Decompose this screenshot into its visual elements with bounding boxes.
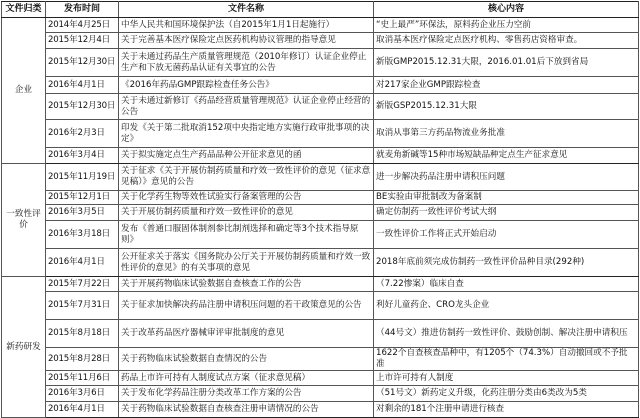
core-content-cell: 确定仿制药一致性评价考试大纲 xyxy=(374,205,639,221)
core-content-cell: 利好儿童药企、CRO龙头企业 xyxy=(374,292,639,320)
table-row: 2016年4月1日关于药物临床试验数据自查核查注册申请情况的公告对剩余的181个… xyxy=(2,402,639,413)
document-name-cell: 发布《普通口服固体制剂参比制剂选择和确定等3个技术指导原则》 xyxy=(119,221,374,249)
table-row: 新药研发2015年7月22日关于开展药物临床试验数据自查核查工作的公告（7.22… xyxy=(2,277,639,292)
header-core-content: 核心内容 xyxy=(374,2,639,18)
date-cell: 2015年8月28日 xyxy=(46,348,119,371)
policy-table: 文件归类 发布时间 文件名称 核心内容 企业2014年4月25日中华人民共和国环… xyxy=(1,1,639,412)
header-category: 文件归类 xyxy=(2,2,46,18)
table-row: 2015年12月1日关于化学药生物等效性试验实行备案管理的公告BE实验由审批制改… xyxy=(2,191,639,205)
core-content-cell: （44号文）推进仿制药一致性评价、鼓励创制、解决注册申请积压 xyxy=(374,320,639,348)
date-cell: 2016年3月18日 xyxy=(46,221,119,249)
table-row: 2016年2月3日印发《关于第二批取消152项中央指定地方实施行政审批事项的决定… xyxy=(2,120,639,148)
category-cell: 企业 xyxy=(2,18,46,164)
document-name-cell: 关于拟实施定点生产药品品种公开征求意见的函 xyxy=(119,148,374,164)
document-name-cell: 关于改革药品医疗器械审评审批制度的意见 xyxy=(119,320,374,348)
date-cell: 2015年12月30日 xyxy=(46,94,119,120)
header-row: 文件归类 发布时间 文件名称 核心内容 xyxy=(2,2,639,18)
table-row: 企业2014年4月25日中华人民共和国环境保护法（自2015年1月1日起施行）“… xyxy=(2,18,639,33)
core-content-cell: “史上最严”环保法，原料药企业压力空前 xyxy=(374,18,639,33)
document-name-cell: 关于发布化学药品注册分类改革工作方案的公告 xyxy=(119,386,374,402)
table-row: 2016年4月1日《2016年药品GMP跟踪检查任务公告》对217家企业GMP跟… xyxy=(2,77,639,94)
core-content-cell: BE实验由审批制改为备案制 xyxy=(374,191,639,205)
document-name-cell: 关于征求《关于开展仿制药质量和疗效一致性评价的意见（征求意见稿）》意见的公告 xyxy=(119,164,374,191)
date-cell: 2015年7月22日 xyxy=(46,277,119,292)
core-content-cell: 对217家企业GMP跟踪检查 xyxy=(374,77,639,94)
date-cell: 2015年8月18日 xyxy=(46,320,119,348)
core-content-cell: 新版GMP2015.12.31大限，2016.01.01后下放到省局 xyxy=(374,49,639,77)
date-cell: 2016年3月5日 xyxy=(46,205,119,221)
category-cell: 一致性评价 xyxy=(2,164,46,277)
header-document-name: 文件名称 xyxy=(119,2,374,18)
table-row: 2015年12月30日关于未通过新修订《药品经营质量管理规范》认证企业停止经营的… xyxy=(2,94,639,120)
date-cell: 2016年4月1日 xyxy=(46,249,119,277)
core-content-cell: 对剩余的181个注册申请进行核查 xyxy=(374,402,639,413)
table-row: 2015年7月31日关于征求加快解决药品注册申请积压问题的若干政策意见的公告利好… xyxy=(2,292,639,320)
core-content-cell: 新版GSP2015.12.31大限 xyxy=(374,94,639,120)
core-content-cell: （51号文）新药定义升级，化药注册分类由6类改为5类 xyxy=(374,386,639,402)
date-cell: 2015年11月19日 xyxy=(46,164,119,191)
document-name-cell: 《2016年药品GMP跟踪检查任务公告》 xyxy=(119,77,374,94)
table-row: 2015年8月28日关于药物临床试验数据自查情况的公告1622个自查核查品种中，… xyxy=(2,348,639,371)
table-row: 2016年3月6日关于发布化学药品注册分类改革工作方案的公告（51号文）新药定义… xyxy=(2,386,639,402)
document-name-cell: 关于征求加快解决药品注册申请积压问题的若干政策意见的公告 xyxy=(119,292,374,320)
table-row: 2016年3月4日关于拟实施定点生产药品品种公开征求意见的函就麦角新碱等15种市… xyxy=(2,148,639,164)
core-content-cell: 取消基本医疗保险定点医疗机构、零售药店资格审查。 xyxy=(374,33,639,49)
document-name-cell: 关于化学药生物等效性试验实行备案管理的公告 xyxy=(119,191,374,205)
table-row: 2016年3月18日发布《普通口服固体制剂参比制剂选择和确定等3个技术指导原则》… xyxy=(2,221,639,249)
table-row: 一致性评价2015年11月19日关于征求《关于开展仿制药质量和疗效一致性评价的意… xyxy=(2,164,639,191)
core-content-cell: 2018年底前须完成仿制药一致性评价品种目录(292种) xyxy=(374,249,639,277)
table-row: 2016年3月5日关于开展仿制药质量和疗效一致性评价的意见确定仿制药一致性评价考… xyxy=(2,205,639,221)
core-content-cell: 一致性评价工作将正式开始启动 xyxy=(374,221,639,249)
document-name-cell: 关于药物临床试验数据自查情况的公告 xyxy=(119,348,374,371)
document-name-cell: 印发《关于第二批取消152项中央指定地方实施行政审批事项的决定》 xyxy=(119,120,374,148)
date-cell: 2016年3月4日 xyxy=(46,148,119,164)
document-name-cell: 关于药物临床试验数据自查核查注册申请情况的公告 xyxy=(119,402,374,413)
date-cell: 2014年4月25日 xyxy=(46,18,119,33)
table-row: 2015年12月4日关于完善基本医疗保险定点医药机构协议管理的指导意见取消基本医… xyxy=(2,33,639,49)
document-name-cell: 关于未通过新修订《药品经营质量管理规范》认证企业停止经营的公告 xyxy=(119,94,374,120)
core-content-cell: 1622个自查核查品种中，有1205个（74.3%）自动撤回或不予批准 xyxy=(374,348,639,371)
date-cell: 2016年2月3日 xyxy=(46,120,119,148)
date-cell: 2015年12月1日 xyxy=(46,191,119,205)
core-content-cell: （7.22惨案）临床自查 xyxy=(374,277,639,292)
table-row: 2016年4月1日公开征求关于落实《国务院办公厅关于开展仿制药质量和疗效一致性评… xyxy=(2,249,639,277)
document-name-cell: 中华人民共和国环境保护法（自2015年1月1日起施行） xyxy=(119,18,374,33)
document-name-cell: 药品上市许可持有人制度试点方案（征求意见稿） xyxy=(119,371,374,386)
date-cell: 2015年11月6日 xyxy=(46,371,119,386)
document-name-cell: 公开征求关于落实《国务院办公厅关于开展仿制药质量和疗效一致性评价的意见》的有关事… xyxy=(119,249,374,277)
date-cell: 2016年4月1日 xyxy=(46,402,119,413)
table-row: 2015年8月18日关于改革药品医疗器械审评审批制度的意见（44号文）推进仿制药… xyxy=(2,320,639,348)
table-body: 企业2014年4月25日中华人民共和国环境保护法（自2015年1月1日起施行）“… xyxy=(2,18,639,413)
date-cell: 2016年3月6日 xyxy=(46,386,119,402)
table-row: 2015年11月6日药品上市许可持有人制度试点方案（征求意见稿）上市许可持有人制… xyxy=(2,371,639,386)
date-cell: 2016年4月1日 xyxy=(46,77,119,94)
core-content-cell: 进一步解决药品注册申请积压问题 xyxy=(374,164,639,191)
date-cell: 2015年7月31日 xyxy=(46,292,119,320)
document-name-cell: 关于开展药物临床试验数据自查核查工作的公告 xyxy=(119,277,374,292)
document-name-cell: 关于完善基本医疗保险定点医药机构协议管理的指导意见 xyxy=(119,33,374,49)
date-cell: 2015年12月30日 xyxy=(46,49,119,77)
core-content-cell: 上市许可持有人制度 xyxy=(374,371,639,386)
category-cell: 新药研发 xyxy=(2,277,46,413)
header-date: 发布时间 xyxy=(46,2,119,18)
document-name-cell: 关于未通过药品生产质量管理规范（2010年修订）认证企业停止生产和下放无菌药品认… xyxy=(119,49,374,77)
date-cell: 2015年12月4日 xyxy=(46,33,119,49)
core-content-cell: 取消从事第三方药品物流业务批准 xyxy=(374,120,639,148)
document-name-cell: 关于开展仿制药质量和疗效一致性评价的意见 xyxy=(119,205,374,221)
table-row: 2015年12月30日关于未通过药品生产质量管理规范（2010年修订）认证企业停… xyxy=(2,49,639,77)
core-content-cell: 就麦角新碱等15种市场短缺品种定点生产征求意见 xyxy=(374,148,639,164)
